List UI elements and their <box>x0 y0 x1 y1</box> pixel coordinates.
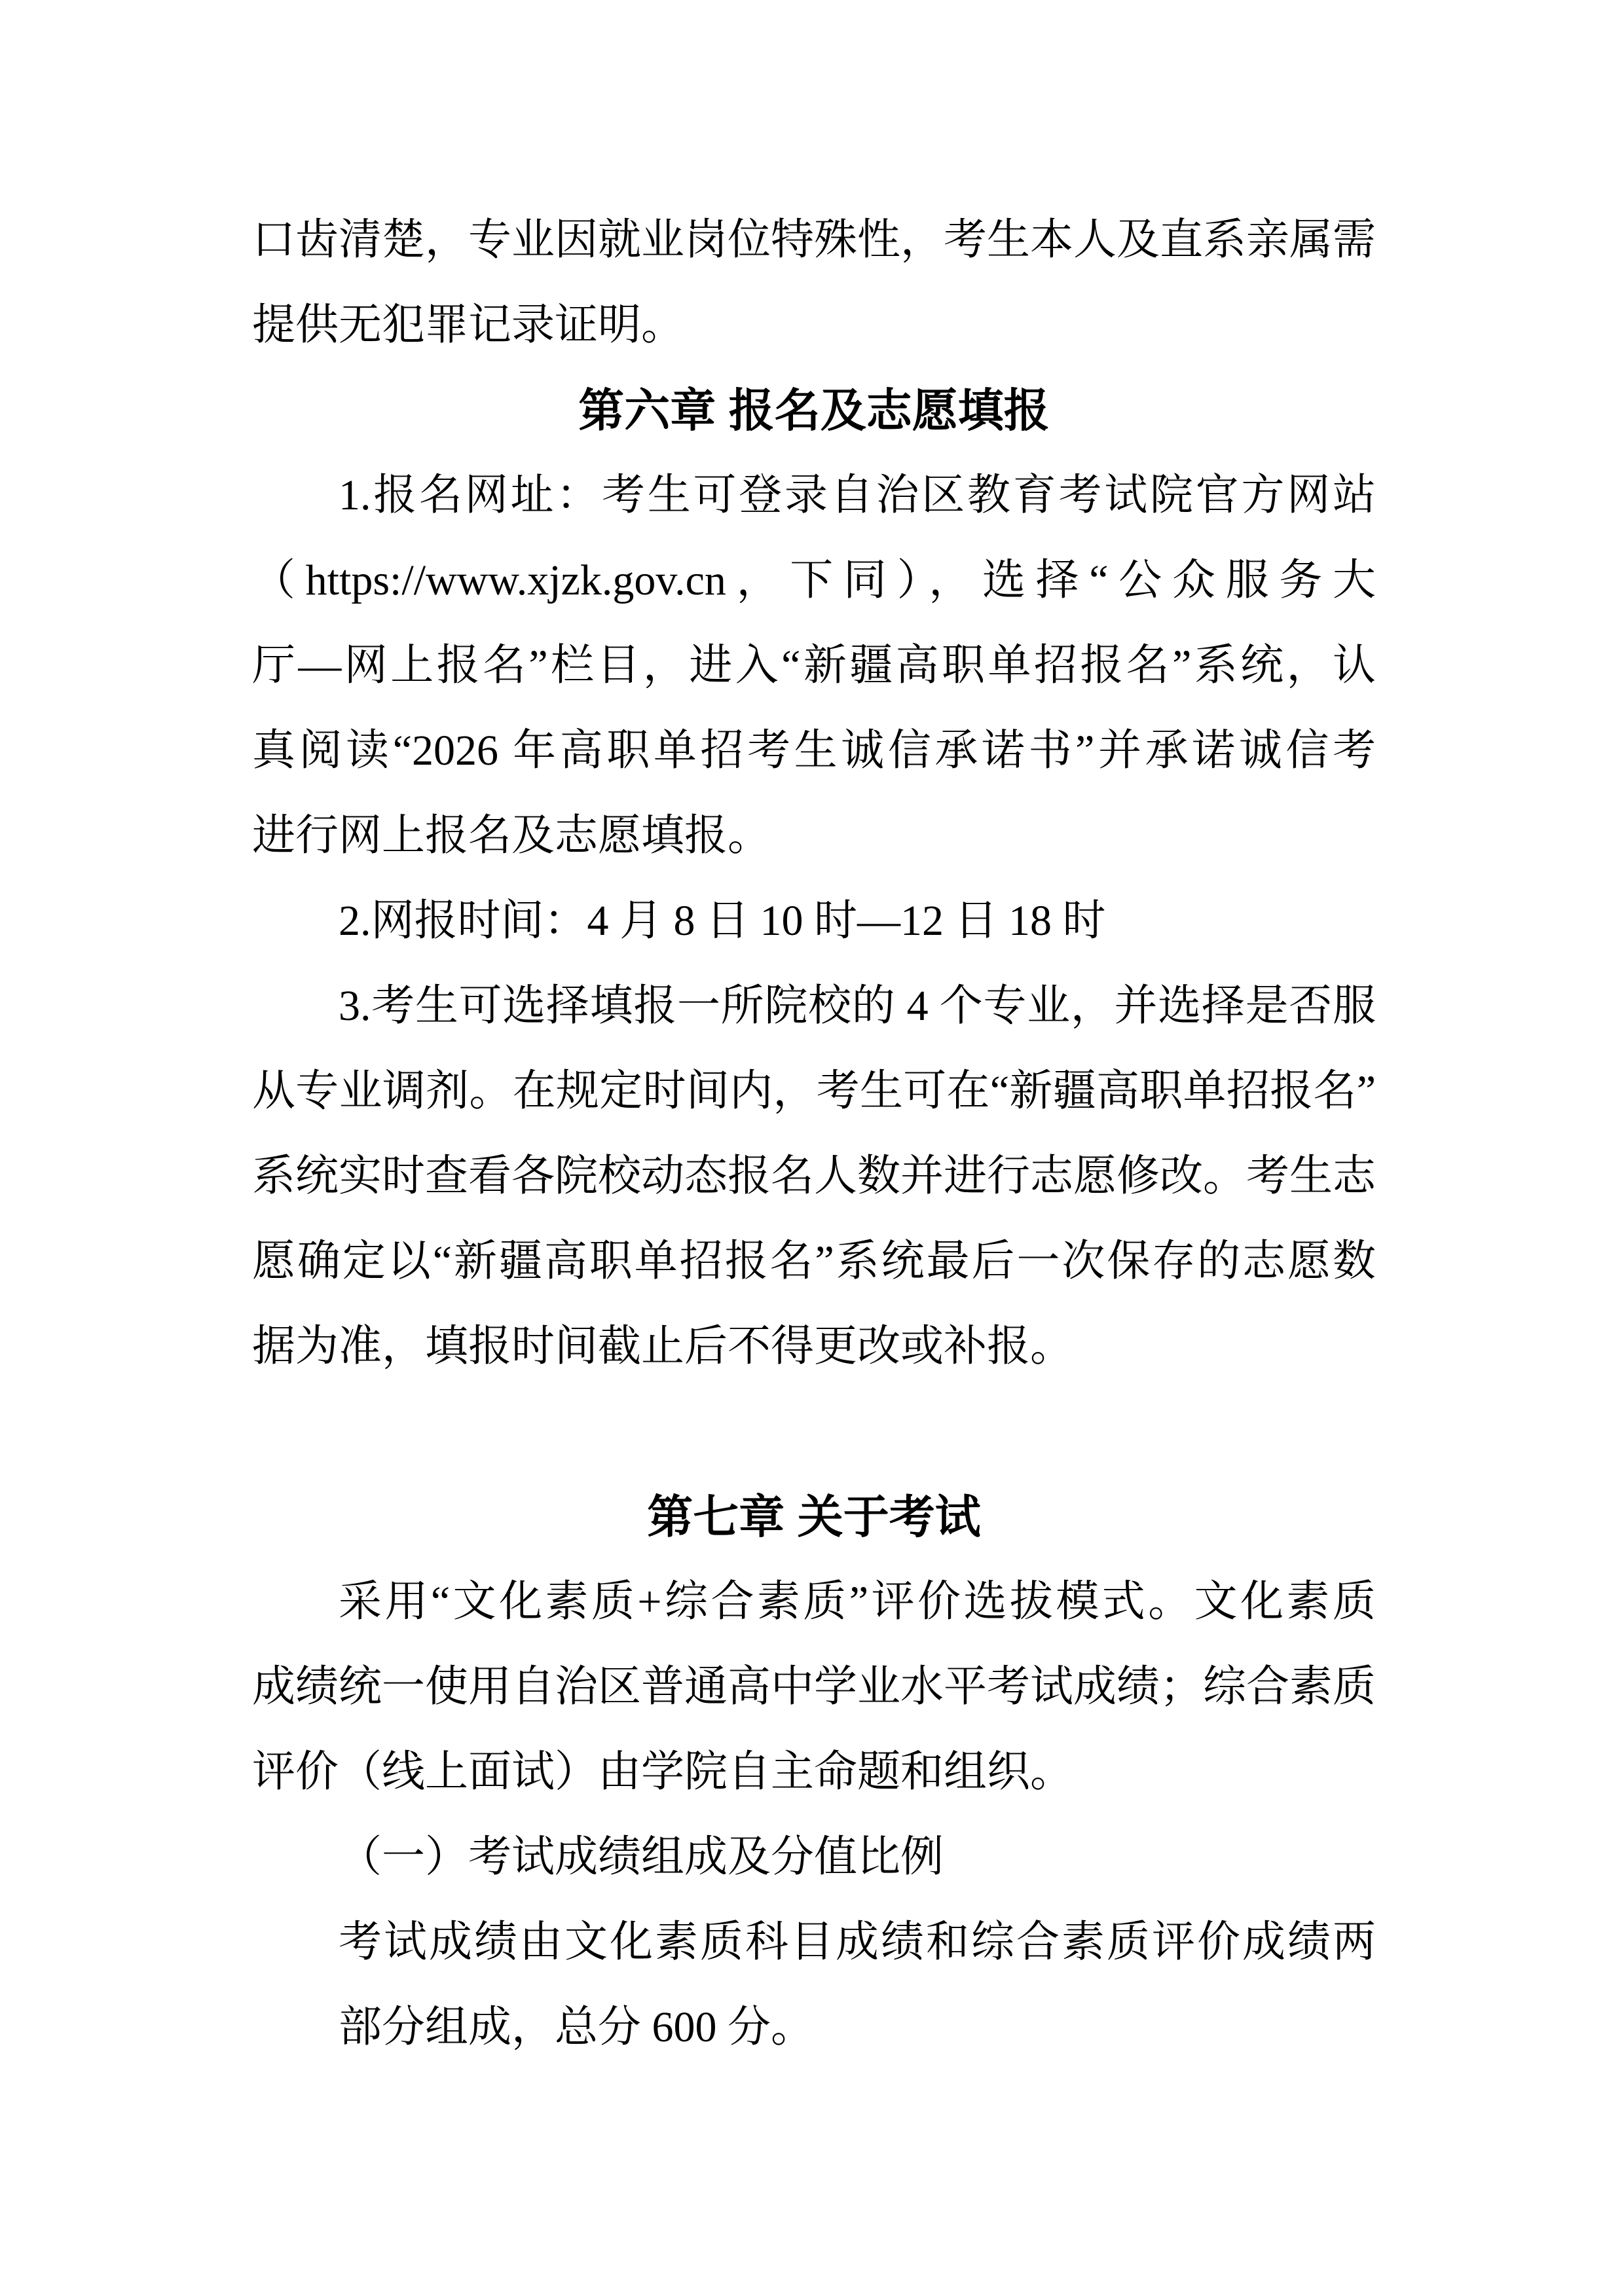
text-line: 真阅读“2026 年高职单招考生诚信承诺书”并承诺诚信考试， <box>252 708 1376 793</box>
text-line: 提供无犯罪记录证明。 <box>252 283 1376 368</box>
blank-line <box>252 1389 1376 1474</box>
text-line: 厅—网上报名”栏目，进入“新疆高职单招报名”系统，认 <box>252 623 1376 708</box>
document-body: 口齿清楚，专业因就业岗位特殊性，考生本人及直系亲属需提供无犯罪记录证明。第六章 … <box>252 198 1376 2070</box>
text-line: 1.报名网址：考生可登录自治区教育考试院官方网站 <box>252 453 1376 538</box>
text-line: 进行网上报名及志愿填报。 <box>252 793 1376 879</box>
text-line: 2.网报时间：4 月 8 日 10 时—12 日 18 时 <box>252 879 1376 964</box>
text-line: 考试成绩由文化素质科目成绩和综合素质评价成绩两 <box>252 1900 1376 1985</box>
text-line: 愿确定以“新疆高职单招报名”系统最后一次保存的志愿数 <box>252 1219 1376 1304</box>
chapter-heading: 第七章 关于考试 <box>252 1474 1376 1559</box>
text-line: （https://www.xjzk.gov.cn，下同），选择“公众服务大 <box>252 538 1376 623</box>
text-line: （一）考试成绩组成及分值比例 <box>252 1815 1376 1900</box>
chapter-heading: 第六章 报名及志愿填报 <box>252 368 1376 453</box>
text-line: 采用“文化素质+综合素质”评价选拔模式。文化素质 <box>252 1559 1376 1645</box>
document-page: 口齿清楚，专业因就业岗位特殊性，考生本人及直系亲属需提供无犯罪记录证明。第六章 … <box>0 0 1624 2296</box>
text-line: 3.考生可选择填报一所院校的 4 个专业，并选择是否服 <box>252 964 1376 1049</box>
text-line: 据为准，填报时间截止后不得更改或补报。 <box>252 1304 1376 1389</box>
text-line: 从专业调剂。在规定时间内，考生可在“新疆高职单招报名” <box>252 1049 1376 1134</box>
text-line: 评价（线上面试）由学院自主命题和组织。 <box>252 1730 1376 1815</box>
text-line: 系统实时查看各院校动态报名人数并进行志愿修改。考生志 <box>252 1134 1376 1219</box>
text-line: 成绩统一使用自治区普通高中学业水平考试成绩；综合素质 <box>252 1645 1376 1730</box>
text-line: 部分组成，总分 600 分。 <box>252 1985 1376 2070</box>
text-line: 口齿清楚，专业因就业岗位特殊性，考生本人及直系亲属需 <box>252 198 1376 283</box>
